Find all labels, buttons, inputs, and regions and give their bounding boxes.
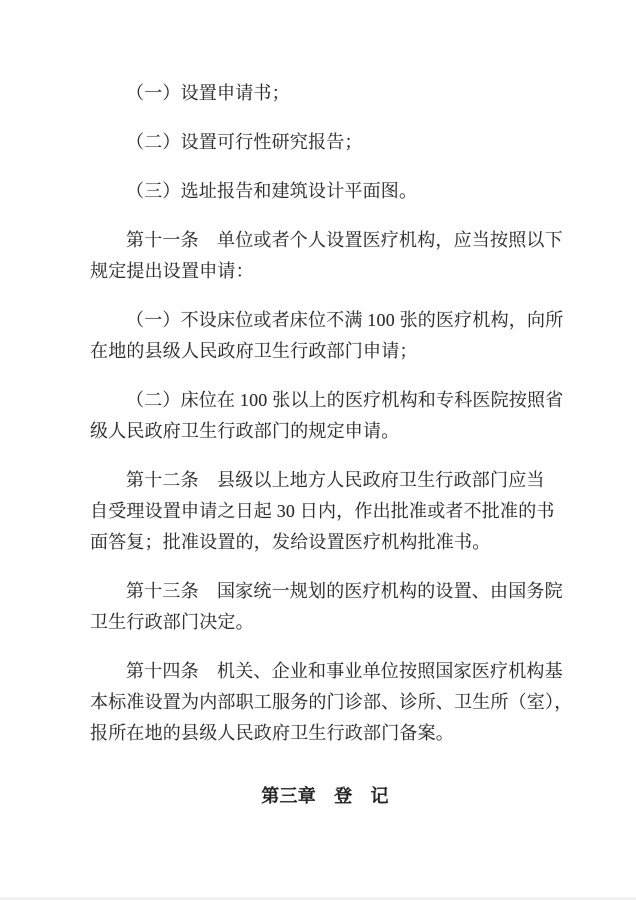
paragraph-line: 第十四条 机关、企业和事业单位按照国家医疗机构基: [90, 656, 560, 687]
paragraph-line: （一）不设床位或者床位不满 100 张的医疗机构，向所: [90, 305, 560, 336]
paragraph-line: 在地的县级人民政府卫生行政部门申请；: [90, 336, 560, 367]
article-11-item-1-paragraph: （一）不设床位或者床位不满 100 张的医疗机构，向所 在地的县级人民政府卫生行…: [90, 305, 560, 367]
paragraph-line: 规定提出设置申请：: [90, 256, 560, 287]
paragraph-line: 面答复；批准设置的，发给设置医疗机构批准书。: [90, 527, 560, 558]
paragraph-line: 卫生行政部门决定。: [90, 607, 560, 638]
article-14-paragraph: 第十四条 机关、企业和事业单位按照国家医疗机构基 本标准设置为内部职工服务的门诊…: [90, 656, 560, 749]
paragraph-line: 第十三条 国家统一规划的医疗机构的设置、由国务院: [90, 576, 560, 607]
article-13-paragraph: 第十三条 国家统一规划的医疗机构的设置、由国务院 卫生行政部门决定。: [90, 576, 560, 638]
paragraph-line: 第十一条 单位或者个人设置医疗机构，应当按照以下: [90, 225, 560, 256]
paragraph-line: （一）设置申请书；: [90, 78, 560, 109]
paragraph-line: （三）选址报告和建筑设计平面图。: [90, 176, 560, 207]
article-12-paragraph: 第十二条 县级以上地方人民政府卫生行政部门应当 自受理设置申请之日起 30 日内…: [90, 465, 560, 558]
article-11-paragraph: 第十一条 单位或者个人设置医疗机构，应当按照以下 规定提出设置申请：: [90, 225, 560, 287]
paragraph-line: 自受理设置申请之日起 30 日内，作出批准或者不批准的书: [90, 496, 560, 527]
paragraph-line: 本标准设置为内部职工服务的门诊部、诊所、卫生所（室），: [90, 687, 560, 718]
chapter-heading: 第三章 登 记: [90, 781, 560, 812]
paragraph-line: 第十二条 县级以上地方人民政府卫生行政部门应当: [90, 465, 560, 496]
paragraph-line: （二）设置可行性研究报告；: [90, 127, 560, 158]
list-item-paragraph: （三）选址报告和建筑设计平面图。: [90, 176, 560, 207]
document-body: （一）设置申请书； （二）设置可行性研究报告； （三）选址报告和建筑设计平面图。…: [90, 78, 560, 812]
list-item-paragraph: （二）设置可行性研究报告；: [90, 127, 560, 158]
document-page: （一）设置申请书； （二）设置可行性研究报告； （三）选址报告和建筑设计平面图。…: [0, 0, 636, 900]
article-11-item-2-paragraph: （二）床位在 100 张以上的医疗机构和专科医院按照省 级人民政府卫生行政部门的…: [90, 385, 560, 447]
paragraph-line: 报所在地的县级人民政府卫生行政部门备案。: [90, 718, 560, 749]
paragraph-line: （二）床位在 100 张以上的医疗机构和专科医院按照省: [90, 385, 560, 416]
paragraph-line: 级人民政府卫生行政部门的规定申请。: [90, 416, 560, 447]
list-item-paragraph: （一）设置申请书；: [90, 78, 560, 109]
